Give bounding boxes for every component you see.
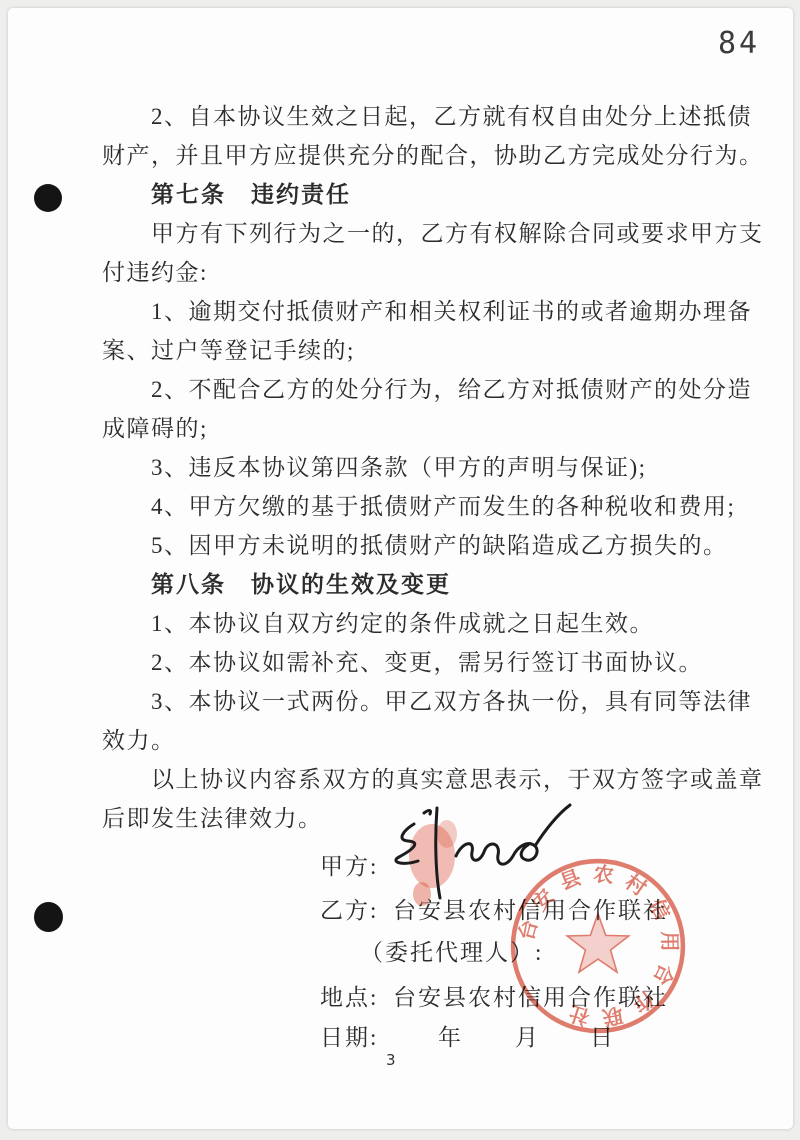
location-label: 地点: <box>320 979 378 1012</box>
section-heading: 第七条 违约责任 <box>102 175 728 214</box>
party-a-signature <box>380 800 595 908</box>
page-corner-number: 84 <box>718 26 798 61</box>
document-line: 成障碍的; <box>102 409 728 448</box>
document-page: 84 2、自本协议生效之日起，乙方就有权自由处分上述抵债财产，并且甲方应提供充分… <box>8 8 793 1129</box>
document-line: 付违约金: <box>102 253 728 292</box>
party-a-label: 甲方: <box>320 848 378 881</box>
document-line: 3、违反本协议第四条款（甲方的声明与保证); <box>102 448 728 487</box>
document-line: 2、本协议如需补充、变更，需另行签订书面协议。 <box>102 643 728 682</box>
section-heading: 第八条 协议的生效及变更 <box>102 565 728 604</box>
document-line: 效力。 <box>102 721 728 760</box>
document-line: 案、过户等登记手续的; <box>102 331 728 370</box>
party-b-label: 乙方: <box>320 892 378 925</box>
document-line: 以上协议内容系双方的真实意思表示，于双方签字或盖章 <box>102 760 728 799</box>
document-line: 甲方有下列行为之一的，乙方有权解除合同或要求甲方支 <box>102 214 728 253</box>
hole-punch-mark-bottom <box>34 902 63 932</box>
red-ink-blob <box>413 882 431 906</box>
document-line: 2、自本协议生效之日起，乙方就有权自由处分上述抵债 <box>102 97 728 136</box>
date-label: 日期: <box>320 1019 378 1052</box>
hole-punch-mark-top <box>34 184 62 212</box>
document-line: 2、不配合乙方的处分行为，给乙方对抵债财产的处分造 <box>102 370 728 409</box>
date-year-label: 年 <box>438 1019 463 1052</box>
footer-page-number: 3 <box>386 1051 396 1069</box>
seal-star-icon <box>567 914 628 973</box>
document-body: 2、自本协议生效之日起，乙方就有权自由处分上述抵债财产，并且甲方应提供充分的配合… <box>102 97 728 838</box>
document-line: 1、本协议自双方约定的条件成就之日起生效。 <box>102 604 728 643</box>
document-line: 3、本协议一式两份。甲乙双方各执一份，具有同等法律 <box>102 682 728 721</box>
document-line: 5、因甲方未说明的抵债财产的缺陷造成乙方损失的。 <box>102 526 728 565</box>
scan-background: 84 2、自本协议生效之日起，乙方就有权自由处分上述抵债财产，并且甲方应提供充分… <box>0 0 800 1140</box>
red-ink-blob-2 <box>437 820 457 848</box>
document-line: 财产，并且甲方应提供充分的配合，协助乙方完成处分行为。 <box>102 136 728 175</box>
document-line: 1、逾期交付抵债财产和相关权利证书的或者逾期办理备 <box>102 292 728 331</box>
document-line: 4、甲方欠缴的基于抵债财产而发生的各种税收和费用; <box>102 487 728 526</box>
